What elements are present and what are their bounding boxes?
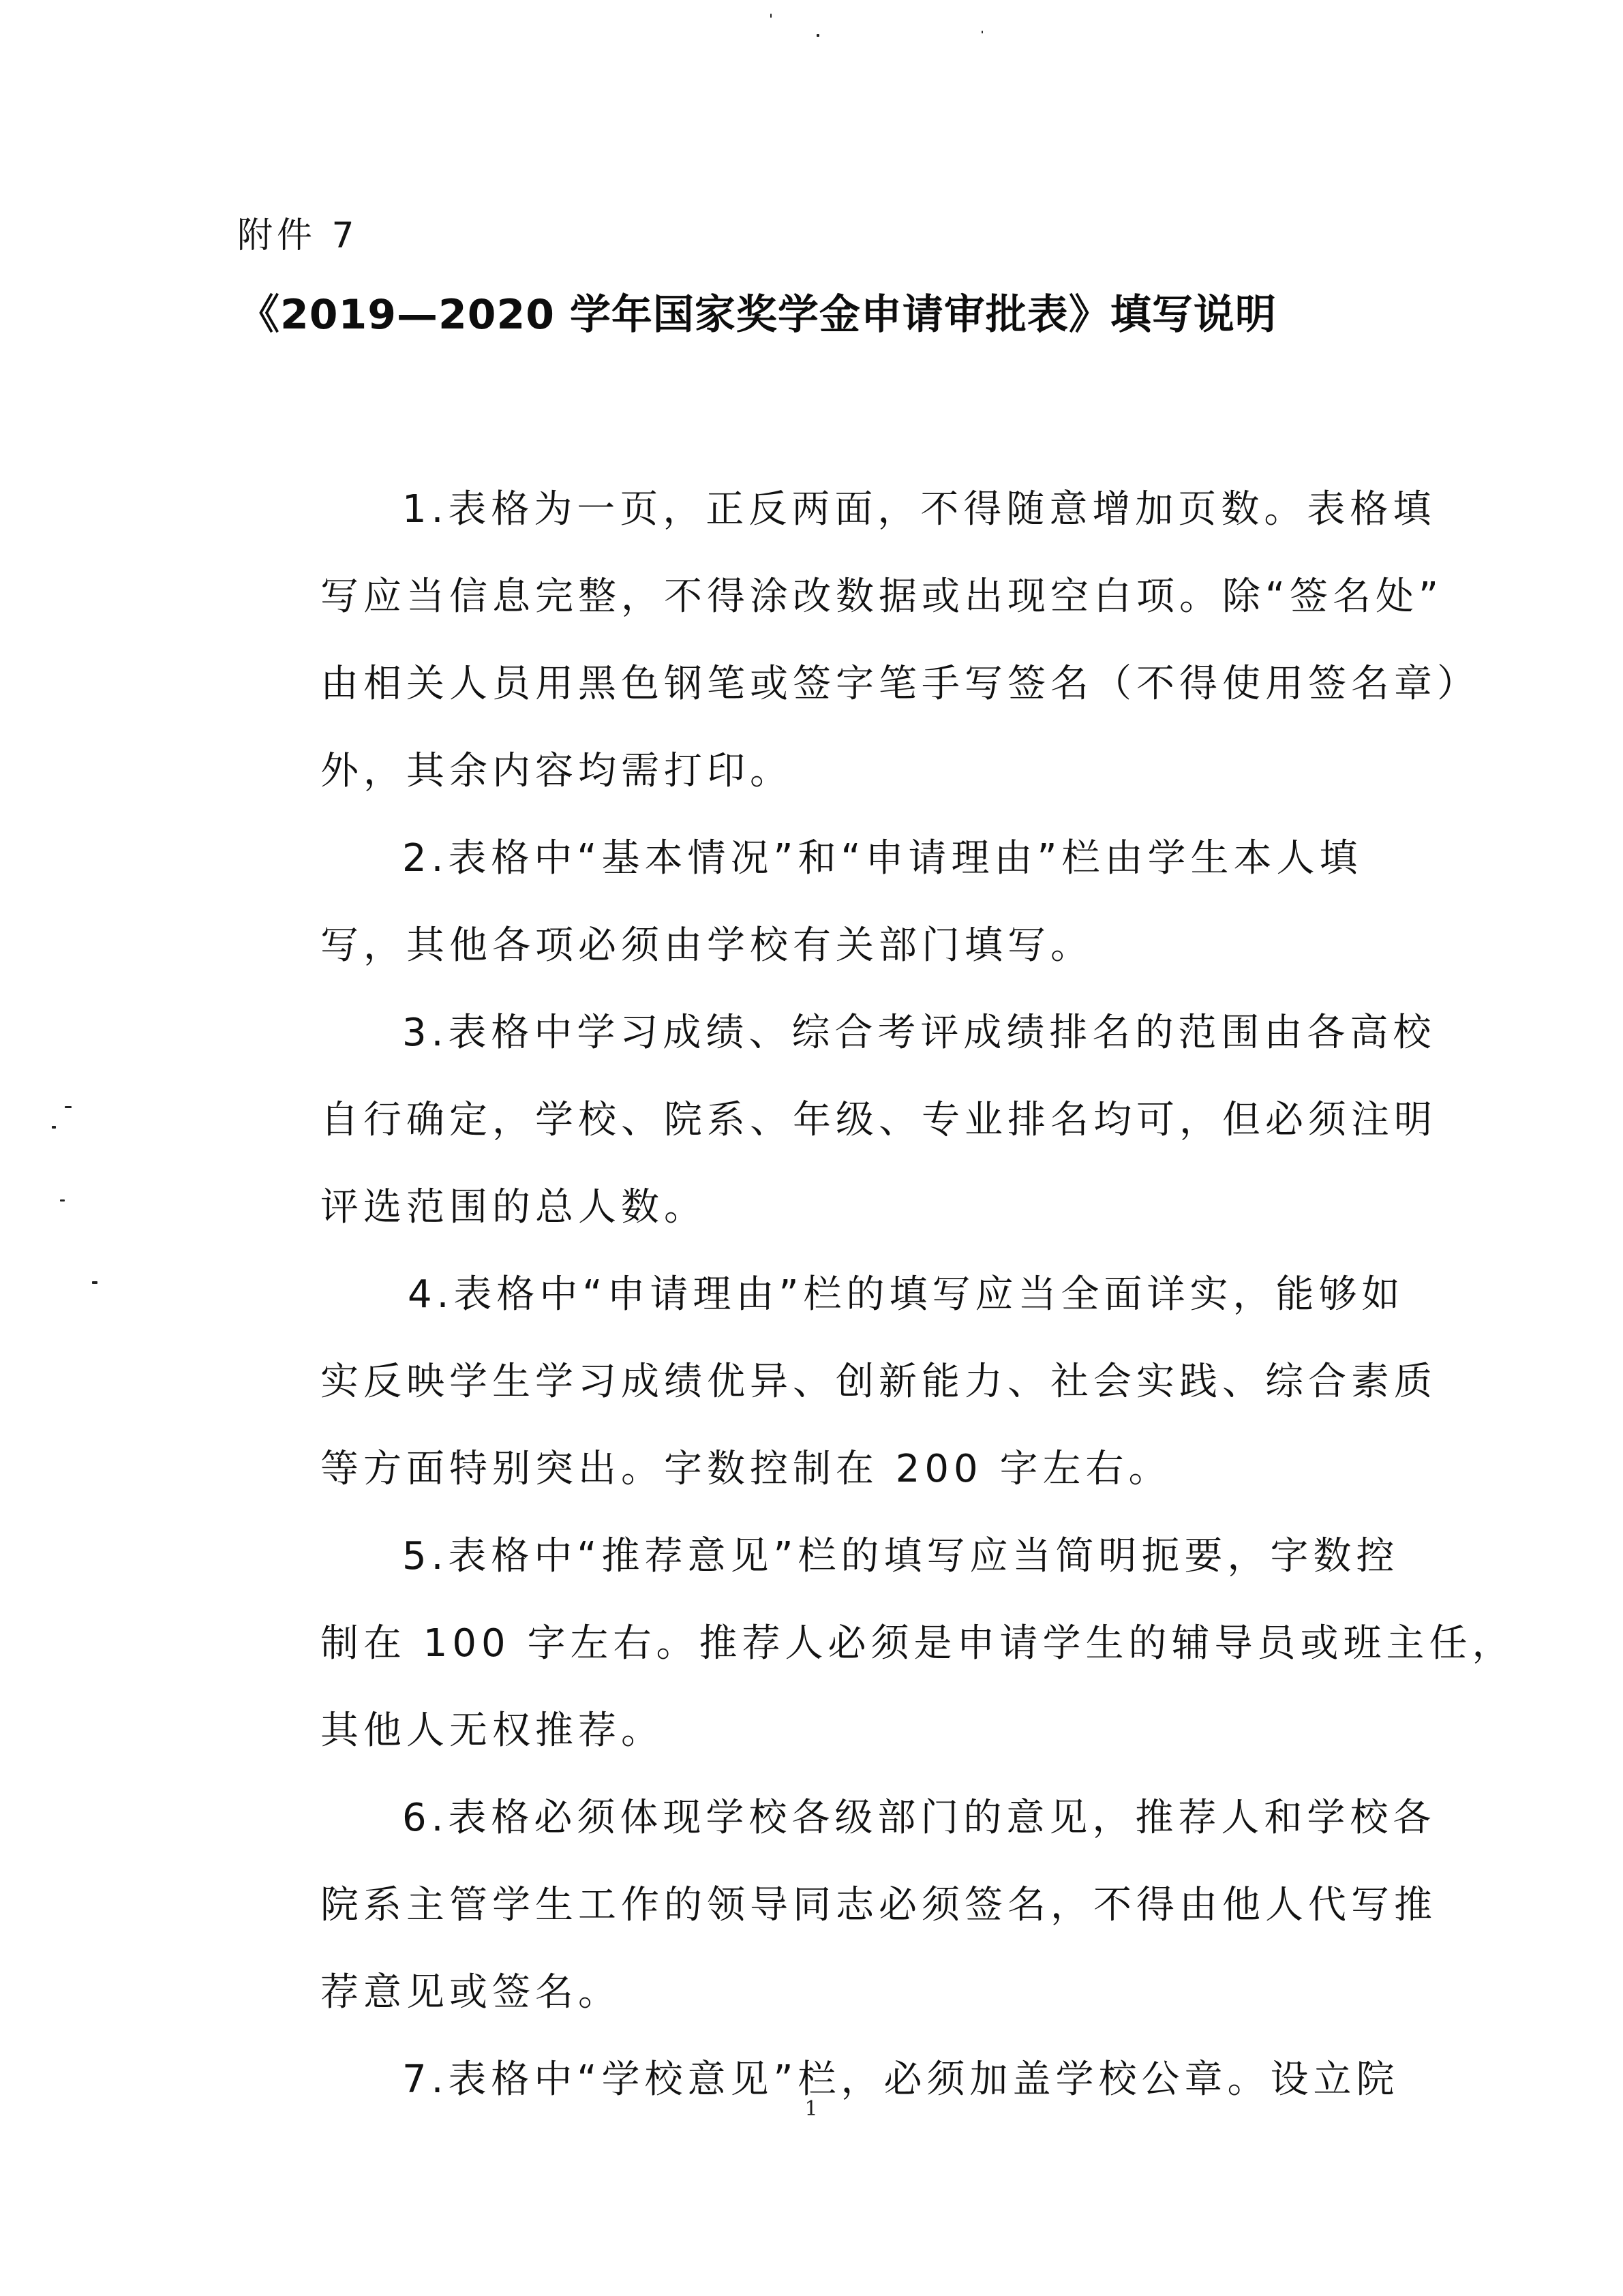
scan-speck — [92, 1281, 97, 1284]
instruction-5-line-2: 制在 100 字左右。推荐人必须是申请学生的辅导员或班主任， — [239, 1600, 1391, 1687]
instruction-3-line-2: 自行确定，学校、院系、年级、专业排名均可，但必须注明 — [239, 1077, 1391, 1164]
instruction-item-4: 4.表格中“申请理由”栏的填写应当全面详实，能够如 实反映学生学习成绩优异、创新… — [239, 1251, 1391, 1513]
instruction-item-5: 5.表格中“推荐意见”栏的填写应当简明扼要，字数控 制在 100 字左右。推荐人… — [239, 1513, 1391, 1775]
page-number: 1 — [791, 2096, 832, 2123]
scan-speck — [770, 14, 772, 18]
instruction-4-line-3: 等方面特别突出。字数控制在 200 字左右。 — [239, 1426, 1391, 1513]
document-title: 《2019—2020 学年国家奖学金申请审批表》填写说明 — [239, 286, 1397, 343]
instruction-1-line-2: 写应当信息完整，不得涂改数据或出现空白项。除“签名处” — [239, 553, 1391, 641]
attachment-label: 附件 7 — [237, 211, 359, 260]
instruction-4-line-2: 实反映学生学习成绩优异、创新能力、社会实践、综合素质 — [239, 1338, 1391, 1426]
instruction-1-line-3: 由相关人员用黑色钢笔或签字笔手写签名（不得使用签名章） — [239, 641, 1391, 728]
instruction-1-line-4: 外，其余内容均需打印。 — [239, 728, 1391, 815]
instruction-1-line-1: 1.表格为一页，正反两面，不得随意增加页数。表格填 — [239, 466, 1391, 553]
scan-speck — [60, 1199, 65, 1201]
instruction-5-line-1: 5.表格中“推荐意见”栏的填写应当简明扼要，字数控 — [239, 1513, 1391, 1600]
instruction-item-3: 3.表格中学习成绩、综合考评成绩排名的范围由各高校 自行确定，学校、院系、年级、… — [239, 990, 1391, 1251]
scan-speck — [817, 34, 819, 37]
instructions-body: 1.表格为一页，正反两面，不得随意增加页数。表格填 写应当信息完整，不得涂改数据… — [239, 466, 1391, 2124]
instruction-3-line-1: 3.表格中学习成绩、综合考评成绩排名的范围由各高校 — [239, 990, 1391, 1077]
document-page: 附件 7 《2019—2020 学年国家奖学金申请审批表》填写说明 1.表格为一… — [0, 0, 1623, 2296]
instruction-item-1: 1.表格为一页，正反两面，不得随意增加页数。表格填 写应当信息完整，不得涂改数据… — [239, 466, 1391, 815]
instruction-6-line-3: 荐意见或签名。 — [239, 1949, 1391, 2036]
instruction-6-line-1: 6.表格必须体现学校各级部门的意见，推荐人和学校各 — [239, 1775, 1391, 1862]
instruction-6-line-2: 院系主管学生工作的领导同志必须签名，不得由他人代写推 — [239, 1862, 1391, 1949]
instruction-item-2: 2.表格中“基本情况”和“申请理由”栏由学生本人填 写，其他各项必须由学校有关部… — [239, 815, 1391, 990]
scan-speck — [52, 1126, 56, 1129]
instruction-2-line-1: 2.表格中“基本情况”和“申请理由”栏由学生本人填 — [239, 815, 1391, 902]
instruction-5-line-3: 其他人无权推荐。 — [239, 1687, 1391, 1775]
scan-speck — [65, 1106, 72, 1108]
instruction-4-line-1: 4.表格中“申请理由”栏的填写应当全面详实，能够如 — [239, 1251, 1391, 1338]
instruction-2-line-2: 写，其他各项必须由学校有关部门填写。 — [239, 902, 1391, 990]
scan-speck — [982, 31, 983, 33]
instruction-item-6: 6.表格必须体现学校各级部门的意见，推荐人和学校各 院系主管学生工作的领导同志必… — [239, 1775, 1391, 2036]
instruction-3-line-3: 评选范围的总人数。 — [239, 1164, 1391, 1251]
